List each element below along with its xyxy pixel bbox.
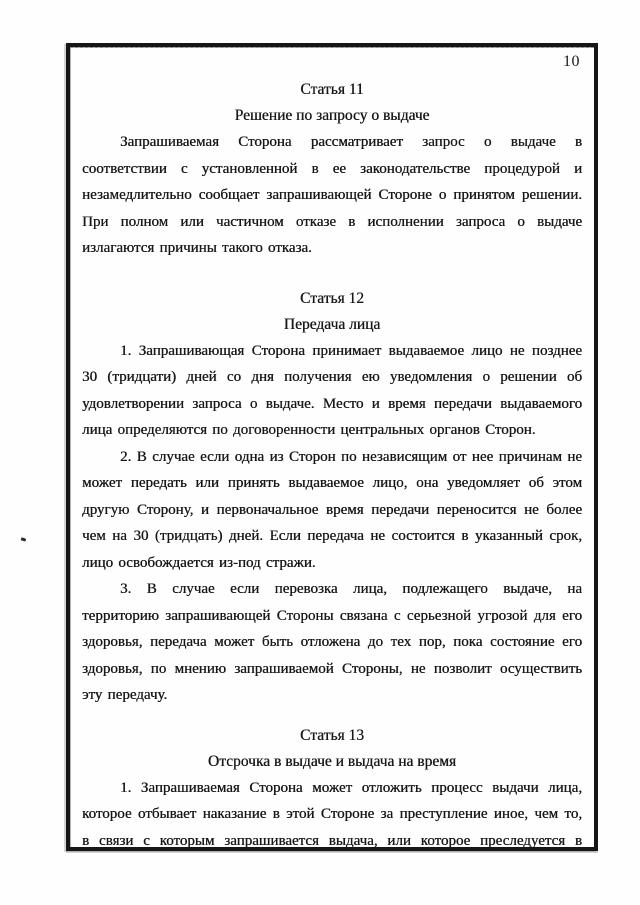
article-12: Статья 12 Передача лица 1. Запрашивающая…: [82, 286, 582, 709]
article-12-title: Статья 12: [82, 286, 582, 312]
page-border-frame: 10 Статья 11 Решение по запросу о выдаче…: [66, 43, 598, 851]
article-12-paragraph-1: 1. Запрашивающая Сторона принимает выдав…: [82, 338, 582, 444]
article-12-paragraph-3: 3. В случае если перевозка лица, подлежа…: [82, 576, 582, 709]
article-11: Статья 11 Решение по запросу о выдаче За…: [82, 77, 582, 262]
article-11-subtitle: Решение по запросу о выдаче: [82, 103, 582, 129]
article-13-paragraph-1: 1. Запрашиваемая Сторона может отложить …: [82, 775, 582, 852]
article-13-subtitle: Отсрочка в выдаче и выдача на время: [82, 749, 582, 775]
article-11-paragraph-1: Запрашиваемая Сторона рассматривает запр…: [82, 129, 582, 262]
scanned-document-page: 10 Статья 11 Решение по запросу о выдаче…: [0, 0, 640, 905]
article-11-title: Статья 11: [82, 77, 582, 103]
scan-artifact-speck: [21, 537, 27, 541]
page-number: 10: [82, 49, 582, 75]
article-13-title: Статья 13: [82, 723, 582, 749]
article-12-subtitle: Передача лица: [82, 312, 582, 338]
article-13: Статья 13 Отсрочка в выдаче и выдача на …: [82, 723, 582, 852]
article-12-paragraph-2: 2. В случае если одна из Сторон по незав…: [82, 444, 582, 577]
